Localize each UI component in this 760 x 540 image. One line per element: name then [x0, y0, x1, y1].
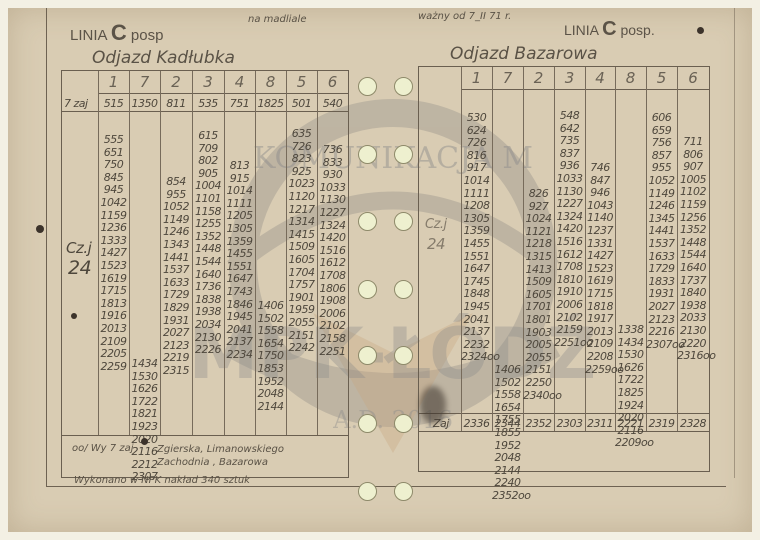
departure-time: 2013 — [585, 325, 615, 338]
departure-time: 1121 — [523, 225, 554, 238]
departure-time: 1640 — [677, 261, 709, 274]
departure-time: 1024 — [523, 212, 554, 225]
departure-time: 1801 — [523, 313, 554, 326]
departure-time: 1745 — [461, 275, 492, 288]
departure-time: 806 — [677, 148, 709, 161]
departure-time: 2205 — [98, 347, 129, 360]
departure-time: 2048 — [255, 387, 286, 400]
frame-left-line — [46, 8, 47, 486]
departure-time: 1102 — [677, 185, 709, 198]
departure-time: 1825 — [615, 386, 646, 399]
left-footnote: oo/ Wy 7 zaj — [72, 443, 133, 455]
departure-time: 2116 — [129, 445, 160, 458]
departure-time: 1218 — [523, 237, 554, 250]
departure-time: 2352oo — [492, 489, 523, 502]
last-row-cell: 2311 — [585, 417, 615, 430]
departure-time: 936 — [554, 159, 585, 172]
departure-time: 1715 — [98, 284, 129, 297]
departure-time: 1701 — [523, 300, 554, 313]
right-footer-divider — [419, 431, 709, 432]
departure-time: 711 — [677, 135, 709, 148]
departure-time: 925 — [286, 165, 317, 178]
departure-time: 2027 — [646, 300, 677, 313]
departure-time: 2226 — [192, 343, 224, 356]
departure-time: 2307oo — [646, 338, 677, 351]
departure-time: 1033 — [554, 172, 585, 185]
departure-time: 1352 — [192, 230, 224, 243]
departure-time: 1821 — [129, 407, 160, 420]
binder-hole — [358, 145, 377, 164]
binder-hole — [358, 346, 377, 365]
departure-time: 1434 — [129, 357, 160, 370]
left-direction-title: Odjazd Kadłubka — [92, 48, 235, 68]
departure-time: 1502 — [255, 312, 286, 325]
line-suffix: posp — [131, 27, 164, 44]
departure-time: 2048 — [492, 451, 523, 464]
first-row-cell: 515 — [98, 97, 129, 110]
departure-time: 2055 — [286, 316, 317, 329]
departure-time: 2137 — [224, 335, 255, 348]
binder-hole — [358, 280, 377, 299]
departure-time: 1605 — [523, 288, 554, 301]
departure-time: 2315 — [160, 364, 192, 377]
departure-time: 857 — [646, 149, 677, 162]
last-row-cell: 2319 — [646, 417, 677, 430]
departure-time: 2109 — [585, 337, 615, 350]
departure-time: 1952 — [492, 439, 523, 452]
departure-time: 1715 — [585, 287, 615, 300]
departure-time: 833 — [317, 156, 348, 169]
course-header: 7 — [492, 69, 523, 87]
binder-hole — [394, 77, 413, 96]
ink-dot — [141, 438, 148, 445]
departure-time: 1005 — [677, 173, 709, 186]
departure-time: 1420 — [317, 231, 348, 244]
side-label: Cz.j — [66, 239, 91, 257]
departure-time: 1158 — [192, 205, 224, 218]
departure-time: 2234 — [224, 348, 255, 361]
line-title: LINIA — [70, 27, 107, 44]
departure-time: 1938 — [677, 299, 709, 312]
departure-time: 1605 — [286, 253, 317, 266]
course-header: 8 — [255, 73, 286, 91]
departure-time: 1523 — [585, 262, 615, 275]
binder-hole — [358, 414, 377, 433]
departure-time: 946 — [585, 186, 615, 199]
top-note-right: ważny od 7_II 71 r. — [418, 11, 511, 22]
departure-time: 930 — [317, 168, 348, 181]
departure-time: 1324 — [554, 210, 585, 223]
departure-time: 1908 — [317, 294, 348, 307]
departure-time: 2242 — [286, 341, 317, 354]
departure-time: 2006 — [554, 298, 585, 311]
departure-time: 1558 — [255, 324, 286, 337]
departure-time: 1558 — [492, 388, 523, 401]
departure-time: 1626 — [129, 382, 160, 395]
departure-time: 2324oo — [461, 350, 492, 363]
footnote-line-1: Zgierska, Limanowskiego — [157, 444, 284, 455]
departure-time: 1544 — [192, 255, 224, 268]
course-header: 6 — [677, 69, 709, 87]
departure-time: 2316oo — [677, 349, 709, 362]
departure-time: 642 — [554, 122, 585, 135]
side-label: 24 — [427, 235, 445, 253]
frame-bottom-line — [46, 486, 726, 487]
departure-time: 1647 — [224, 272, 255, 285]
departure-time: 1537 — [160, 263, 192, 276]
departure-time: 917 — [461, 161, 492, 174]
departure-time: 1427 — [98, 246, 129, 259]
printer-note: Wykonano w NPK nakład 340 sztuk — [74, 475, 250, 486]
ink-stain — [420, 386, 446, 424]
course-header: 2 — [160, 73, 192, 91]
departure-time: 1014 — [461, 174, 492, 187]
departure-time: 2130 — [192, 331, 224, 344]
departure-time: 2251 — [317, 345, 348, 358]
course-header: 6 — [317, 73, 348, 91]
departure-time: 1315 — [523, 250, 554, 263]
departure-time: 1757 — [286, 278, 317, 291]
departure-time: 2005 — [523, 338, 554, 351]
binder-hole — [394, 212, 413, 231]
departure-time: 1014 — [224, 184, 255, 197]
departure-time: 1236 — [98, 221, 129, 234]
course-header: 1 — [98, 73, 129, 91]
last-row-cell: 2303 — [554, 417, 585, 430]
departure-time: 2102 — [554, 311, 585, 324]
departure-time: 1729 — [160, 288, 192, 301]
departure-time: 1619 — [585, 274, 615, 287]
departure-time: 1838 — [192, 293, 224, 306]
departure-time: 1227 — [554, 197, 585, 210]
departure-time: 2055 — [523, 351, 554, 364]
departure-time: 2144 — [255, 400, 286, 413]
departure-time: 1246 — [160, 225, 192, 238]
binder-hole — [394, 145, 413, 164]
departure-time: 1359 — [461, 224, 492, 237]
departure-time: 1945 — [461, 300, 492, 313]
departure-time: 1413 — [523, 263, 554, 276]
departure-time: 813 — [224, 159, 255, 172]
left-header-divider — [98, 93, 348, 94]
line-letter: C — [111, 20, 127, 45]
departure-time: 1923 — [129, 420, 160, 433]
ink-dot — [697, 27, 704, 34]
departure-time: 1931 — [646, 287, 677, 300]
departure-time: 1924 — [615, 399, 646, 412]
departure-time: 1052 — [646, 174, 677, 187]
line-letter: C — [602, 18, 616, 40]
departure-time: 1205 — [224, 209, 255, 222]
departure-time: 854 — [160, 175, 192, 188]
departure-time: 915 — [224, 172, 255, 185]
departure-time: 2240 — [492, 476, 523, 489]
last-row-cell: 2328 — [677, 417, 709, 430]
departure-time: 2151 — [286, 329, 317, 342]
departure-time: 1455 — [224, 247, 255, 260]
departure-time: 651 — [98, 146, 129, 159]
departure-time: 1959 — [286, 303, 317, 316]
departure-time: 1111 — [224, 197, 255, 210]
departure-time: 1626 — [615, 361, 646, 374]
departure-time: 2259 — [98, 360, 129, 373]
ink-dot — [71, 313, 77, 319]
departure-time: 756 — [646, 136, 677, 149]
departure-time: 1042 — [98, 196, 129, 209]
last-row-cell: 2336 — [461, 417, 492, 430]
departure-time: 1415 — [286, 228, 317, 241]
departure-time: 2251oo — [554, 336, 585, 349]
departure-time: 1945 — [224, 310, 255, 323]
departure-time: 1722 — [129, 395, 160, 408]
departure-time: 530 — [461, 111, 492, 124]
departure-time: 2144 — [492, 464, 523, 477]
departure-time: 709 — [192, 142, 224, 155]
departure-time: 606 — [646, 111, 677, 124]
course-header: 7 — [129, 73, 160, 91]
departure-time: 1237 — [585, 224, 615, 237]
departure-time: 1352 — [677, 223, 709, 236]
departure-time: 845 — [98, 171, 129, 184]
binder-hole — [358, 482, 377, 501]
departure-time: 1544 — [677, 248, 709, 261]
departure-time: 1910 — [554, 285, 585, 298]
departure-time: 1729 — [646, 262, 677, 275]
footnote-line-2: Zachodnia , Bazarowa — [157, 457, 268, 468]
departure-time: 2220 — [677, 337, 709, 350]
departure-time: 907 — [677, 160, 709, 173]
binder-hole — [394, 482, 413, 501]
departure-time: 2232 — [461, 338, 492, 351]
departure-time: 1810 — [554, 273, 585, 286]
departure-time: 1829 — [160, 301, 192, 314]
first-row-cell: 751 — [224, 97, 255, 110]
course-header: 8 — [615, 69, 646, 87]
departure-time: 1217 — [286, 203, 317, 216]
departure-time: 1441 — [646, 224, 677, 237]
departure-time: 1052 — [160, 200, 192, 213]
departure-time: 1043 — [585, 199, 615, 212]
departure-time: 927 — [523, 200, 554, 213]
departure-time: 1427 — [585, 249, 615, 262]
departure-time: 2123 — [646, 313, 677, 326]
departure-time: 1917 — [585, 312, 615, 325]
departure-time: 1619 — [98, 272, 129, 285]
departure-time: 1722 — [615, 373, 646, 386]
binder-hole — [358, 212, 377, 231]
departure-time: 2006 — [317, 307, 348, 320]
departure-time: 1853 — [255, 362, 286, 375]
departure-time: 1551 — [461, 250, 492, 263]
line-suffix: posp. — [620, 22, 654, 38]
departure-time: 1023 — [286, 177, 317, 190]
departure-time: 955 — [646, 161, 677, 174]
departure-time: 1331 — [585, 237, 615, 250]
course-header: 5 — [646, 69, 677, 87]
departure-time: 2340oo — [523, 389, 554, 402]
departure-time: 750 — [98, 158, 129, 171]
first-row-cell: 811 — [160, 97, 192, 110]
top-note-left: na madliale — [248, 14, 306, 25]
footnote-mark: oo/ — [72, 443, 88, 454]
departure-time: 726 — [286, 140, 317, 153]
departure-time: 1101 — [192, 192, 224, 205]
departure-time: 1846 — [224, 298, 255, 311]
departure-time: 1840 — [677, 286, 709, 299]
departure-time: 1130 — [554, 185, 585, 198]
departure-time: 1004 — [192, 179, 224, 192]
footnote-label: Wy 7 zaj — [91, 443, 134, 454]
departure-time: 2041 — [224, 323, 255, 336]
departure-time: 1901 — [286, 291, 317, 304]
right-line-heading: LINIA C posp. — [564, 18, 655, 41]
course-header: 1 — [461, 69, 492, 87]
departure-time: 1111 — [461, 187, 492, 200]
departure-time: 1305 — [224, 222, 255, 235]
course-header: 3 — [554, 69, 585, 87]
binder-hole — [394, 280, 413, 299]
departure-time: 2216 — [646, 325, 677, 338]
departure-time: 1149 — [646, 187, 677, 200]
departure-time: 1813 — [98, 297, 129, 310]
right-last-row-divider — [419, 413, 709, 414]
departure-time: 2033 — [677, 311, 709, 324]
departure-time: 1256 — [677, 211, 709, 224]
departure-time: 1434 — [615, 336, 646, 349]
departure-time: 1130 — [317, 193, 348, 206]
departure-time: 816 — [461, 149, 492, 162]
departure-time: 1509 — [286, 240, 317, 253]
departure-time: 2208 — [585, 350, 615, 363]
departure-time: 1647 — [461, 262, 492, 275]
course-header: 5 — [286, 73, 317, 91]
course-header: 4 — [224, 73, 255, 91]
course-header: 2 — [523, 69, 554, 87]
departure-time: 2250 — [523, 376, 554, 389]
departure-time: 1406 — [492, 363, 523, 376]
departure-time: 2137 — [461, 325, 492, 338]
departure-time: 823 — [286, 152, 317, 165]
right-direction-title: Odjazd Bazarowa — [450, 44, 598, 64]
first-row-label: 7 zaj — [64, 97, 88, 110]
departure-time: 2041 — [461, 313, 492, 326]
departure-time: 1612 — [554, 248, 585, 261]
departure-time: 1952 — [255, 375, 286, 388]
departure-time: 1359 — [224, 235, 255, 248]
departure-time: 1743 — [224, 285, 255, 298]
departure-time: 802 — [192, 154, 224, 167]
departure-time: 2102 — [317, 319, 348, 332]
first-row-cell: 1350 — [129, 97, 160, 110]
departure-time: 1441 — [160, 251, 192, 264]
right-timetable: 1 7 2 3 4 8 5 6 Cz.j 24 Zaj 2336 2344 23… — [418, 66, 710, 472]
departure-time: 1516 — [554, 235, 585, 248]
departure-time: 624 — [461, 124, 492, 137]
departure-time: 1537 — [646, 237, 677, 250]
departure-time: 2130 — [677, 324, 709, 337]
departure-time: 1530 — [615, 348, 646, 361]
departure-time: 1916 — [98, 309, 129, 322]
departure-time: 1931 — [160, 314, 192, 327]
binder-hole — [394, 414, 413, 433]
departure-time: 615 — [192, 129, 224, 142]
departure-time: 905 — [192, 167, 224, 180]
departure-time: 1806 — [317, 282, 348, 295]
departure-time: 1305 — [461, 212, 492, 225]
departure-time: 1149 — [160, 213, 192, 226]
course-header: 4 — [585, 69, 615, 87]
departure-time: 2209oo — [615, 436, 646, 449]
departure-time: 746 — [585, 161, 615, 174]
departure-time: 1750 — [255, 349, 286, 362]
departure-time: 837 — [554, 147, 585, 160]
departure-time: 1818 — [585, 300, 615, 313]
departure-time: 945 — [98, 183, 129, 196]
timetable-card: KOMUNIKACJA M MPK-ŁÓDŹ A.D. 2016 na madl… — [8, 8, 752, 532]
departure-time: 735 — [554, 134, 585, 147]
departure-time: 2027 — [160, 326, 192, 339]
departure-time: 2123 — [160, 339, 192, 352]
departure-time: 1227 — [317, 206, 348, 219]
line-title: LINIA — [564, 22, 598, 38]
departure-time: 1938 — [192, 305, 224, 318]
departure-time: 1448 — [192, 242, 224, 255]
departure-time: 1833 — [646, 275, 677, 288]
departure-time: 1903 — [523, 326, 554, 339]
departure-time: 726 — [461, 136, 492, 149]
first-row-cell: 501 — [286, 97, 317, 110]
departure-time: 1208 — [461, 199, 492, 212]
departure-time: 1120 — [286, 190, 317, 203]
departure-time: 2259oo — [585, 363, 615, 376]
left-line-heading: LINIA C posp — [70, 20, 163, 46]
departure-time: 1324 — [317, 219, 348, 232]
departure-time: 1848 — [461, 287, 492, 300]
side-label: Cz.j — [425, 217, 447, 232]
departure-time: 1708 — [554, 260, 585, 273]
departure-time: 1345 — [646, 212, 677, 225]
departure-time: 736 — [317, 143, 348, 156]
departure-time: 1140 — [585, 211, 615, 224]
departure-time: 1633 — [160, 276, 192, 289]
departure-time: 1033 — [317, 181, 348, 194]
departure-time: 1612 — [317, 256, 348, 269]
departure-time: 1654 — [492, 401, 523, 414]
departure-time: 1640 — [192, 268, 224, 281]
departure-time: 1159 — [677, 198, 709, 211]
departure-time: 2151 — [523, 363, 554, 376]
departure-time: 847 — [585, 174, 615, 187]
first-row-cell: 535 — [192, 97, 224, 110]
departure-time: 1246 — [646, 199, 677, 212]
departure-time: 1737 — [677, 274, 709, 287]
departure-time: 1755 — [492, 413, 523, 426]
departure-time: 1708 — [317, 269, 348, 282]
departure-time: 659 — [646, 124, 677, 137]
departure-time: 826 — [523, 187, 554, 200]
departure-time: 1509 — [523, 275, 554, 288]
last-row-cell: 2352 — [523, 417, 554, 430]
departure-time: 955 — [160, 188, 192, 201]
binder-hole — [394, 346, 413, 365]
departure-time: 548 — [554, 109, 585, 122]
side-label: 24 — [68, 257, 91, 279]
departure-time: 1633 — [646, 250, 677, 263]
departure-time: 555 — [98, 133, 129, 146]
departure-time: 1530 — [129, 370, 160, 383]
first-row-cell: 540 — [317, 97, 348, 110]
departure-time: 2034 — [192, 318, 224, 331]
